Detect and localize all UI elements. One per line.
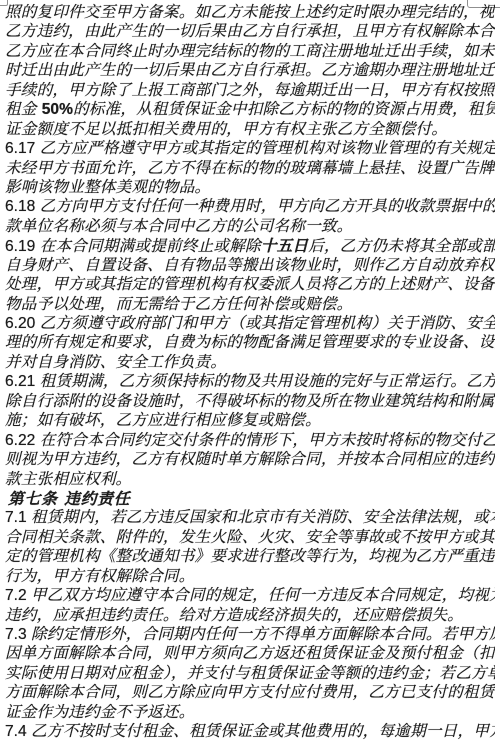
text-line: 自身财产、自置设备、自有物品等搬出该物业时，则作乙方自动放弃权利 [5,256,495,275]
text-line: 证金作为违约金不予返还。 [5,703,495,722]
clause-number: 6.17 [5,140,40,157]
clause-number: 7.4 [5,723,31,740]
text-line: 违约，应承担违约责任。给对方造成经济损失的，还应赔偿损失。 [5,606,495,625]
clause-number: 7.2 [5,587,31,604]
text-line: 乙方应在本合同终止时办理完结标的物的工商注册地址迁出手续，如未及 [5,42,495,61]
text-line: 照的复印件交至甲方备案。如乙方未能按上述约定时限办理完结的，视同 [5,3,495,22]
text-line: 物品予以处理，而无需给于乙方任何补偿或赔偿。 [5,295,495,314]
text-line: 施；如有破坏，乙方应进行相应修复或赔偿。 [5,411,495,430]
text-line: 7.4 乙方不按时支付租金、租赁保证金或其他费用的，每逾期一日，甲方 [5,722,495,741]
clause-number: 7.1 [5,509,31,526]
text-line: 手续的，甲方除了上报工商部门之外，每逾期迁出一日，甲方有权按照日 [5,81,495,100]
text-line: 6.18 乙方向甲方支付任何一种费用时，甲方向乙方开具的收款票据中的付 [5,197,495,216]
text-line: 影响该物业整体美观的物品。 [5,178,495,197]
emphasized-text: 十五日 [261,236,308,255]
text-line: 处理，甲方或其指定的管理机构有权委派人员将乙方的上述财产、设备和 [5,275,495,294]
text-line: 时迁出由此产生的一切后果由乙方自行承担。乙方逾期办理注册地址迁出 [5,61,495,80]
text-line: 7.3 除约定情形外，合同期内任何一方不得单方面解除本合同。若甲方原 [5,625,495,644]
text-line: 除自行添附的设备设施时，不得破坏标的物及所在物业建筑结构和附属设 [5,392,495,411]
text-line: 6.20 乙方须遵守政府部门和甲方（或其指定管理机构）关于消防、安全管 [5,314,495,333]
text-line: 合同相关条款、附件的，发生火险、火灾、安全等事故或不按甲方或其指 [5,528,495,547]
document-lines: 照的复印件交至甲方备案。如乙方未能按上述约定时限办理完结的，视同乙方违约，由此产… [5,3,495,742]
text-line: 6.22 在符合本合同约定交付条件的情形下，甲方未按时将标的物交付乙方 [5,431,495,450]
clause-number: 6.19 [5,238,40,255]
text-line: 租金 50%的标准，从租赁保证金中扣除乙方标的物的资源占用费，租赁保 [5,100,495,119]
text-line: 未经甲方书面允许，乙方不得在标的物的玻璃幕墙上悬挂、设置广告牌或 [5,159,495,178]
contract-text-body: 照的复印件交至甲方备案。如乙方未能按上述约定时限办理完结的，视同乙方违约，由此产… [5,3,495,742]
text-line: 乙方违约，由此产生的一切后果由乙方自行承担，且甲方有权解除本合同。 [5,22,495,41]
clause-number: 6.22 [5,432,40,449]
emphasized-text: 50% [42,101,73,118]
text-line: 6.21 租赁期满，乙方须保持标的物及共用设施的完好与正常运行。乙方拆 [5,372,495,391]
text-line: 6.17 乙方应严格遵守甲方或其指定的管理机构对该物业管理的有关规定。 [5,139,495,158]
text-line: 则视为甲方违约，乙方有权随时单方解除合同，并按本合同相应的违约条 [5,450,495,469]
text-line: 7.1 租赁期内，若乙方违反国家和北京市有关消防、安全法律法规，或本 [5,508,495,527]
text-line: 理的所有规定和要求，自费为标的物配备满足管理要求的专业设备、设施， [5,333,495,352]
text-line: 方面解除本合同，则乙方除应向甲方支付应付费用，乙方已支付的租赁保 [5,683,495,702]
text-line: 定的管理机构《整改通知书》要求进行整改等行为，均视为乙方严重违约 [5,547,495,566]
clause-number: 6.21 [5,373,40,390]
text-line: 证金额度不足以抵扣相关费用的，甲方有权主张乙方全额偿付。 [5,120,495,139]
text-line: 6.19 在本合同期满或提前终止或解除十五日后，乙方仍未将其全部或部分 [5,236,495,255]
contract-page: 照的复印件交至甲方备案。如乙方未能按上述约定时限办理完结的，视同乙方违约，由此产… [0,0,500,743]
clause-number: 6.18 [5,198,40,215]
text-line: 7.2 甲乙双方均应遵守本合同的规定，任何一方违反本合同规定，均视为 [5,586,495,605]
text-line: 实际使用日期对应租金），并支付与租赁保证金等额的违约金；若乙方单 [5,664,495,683]
text-line: 款主张相应权利。 [5,470,495,489]
section-heading: 第七条 违约责任 [5,489,495,508]
text-line: 款单位名称必须与本合同中乙方的公司名称一致。 [5,217,495,236]
clause-number: 6.20 [5,315,40,332]
clause-number: 7.3 [5,626,31,643]
text-line: 行为，甲方有权解除合同。 [5,567,495,586]
text-line: 并对自身消防、安全工作负责。 [5,353,495,372]
text-line: 因单方面解除本合同，则甲方须向乙方返还租赁保证金及预付租金（扣除 [5,644,495,663]
